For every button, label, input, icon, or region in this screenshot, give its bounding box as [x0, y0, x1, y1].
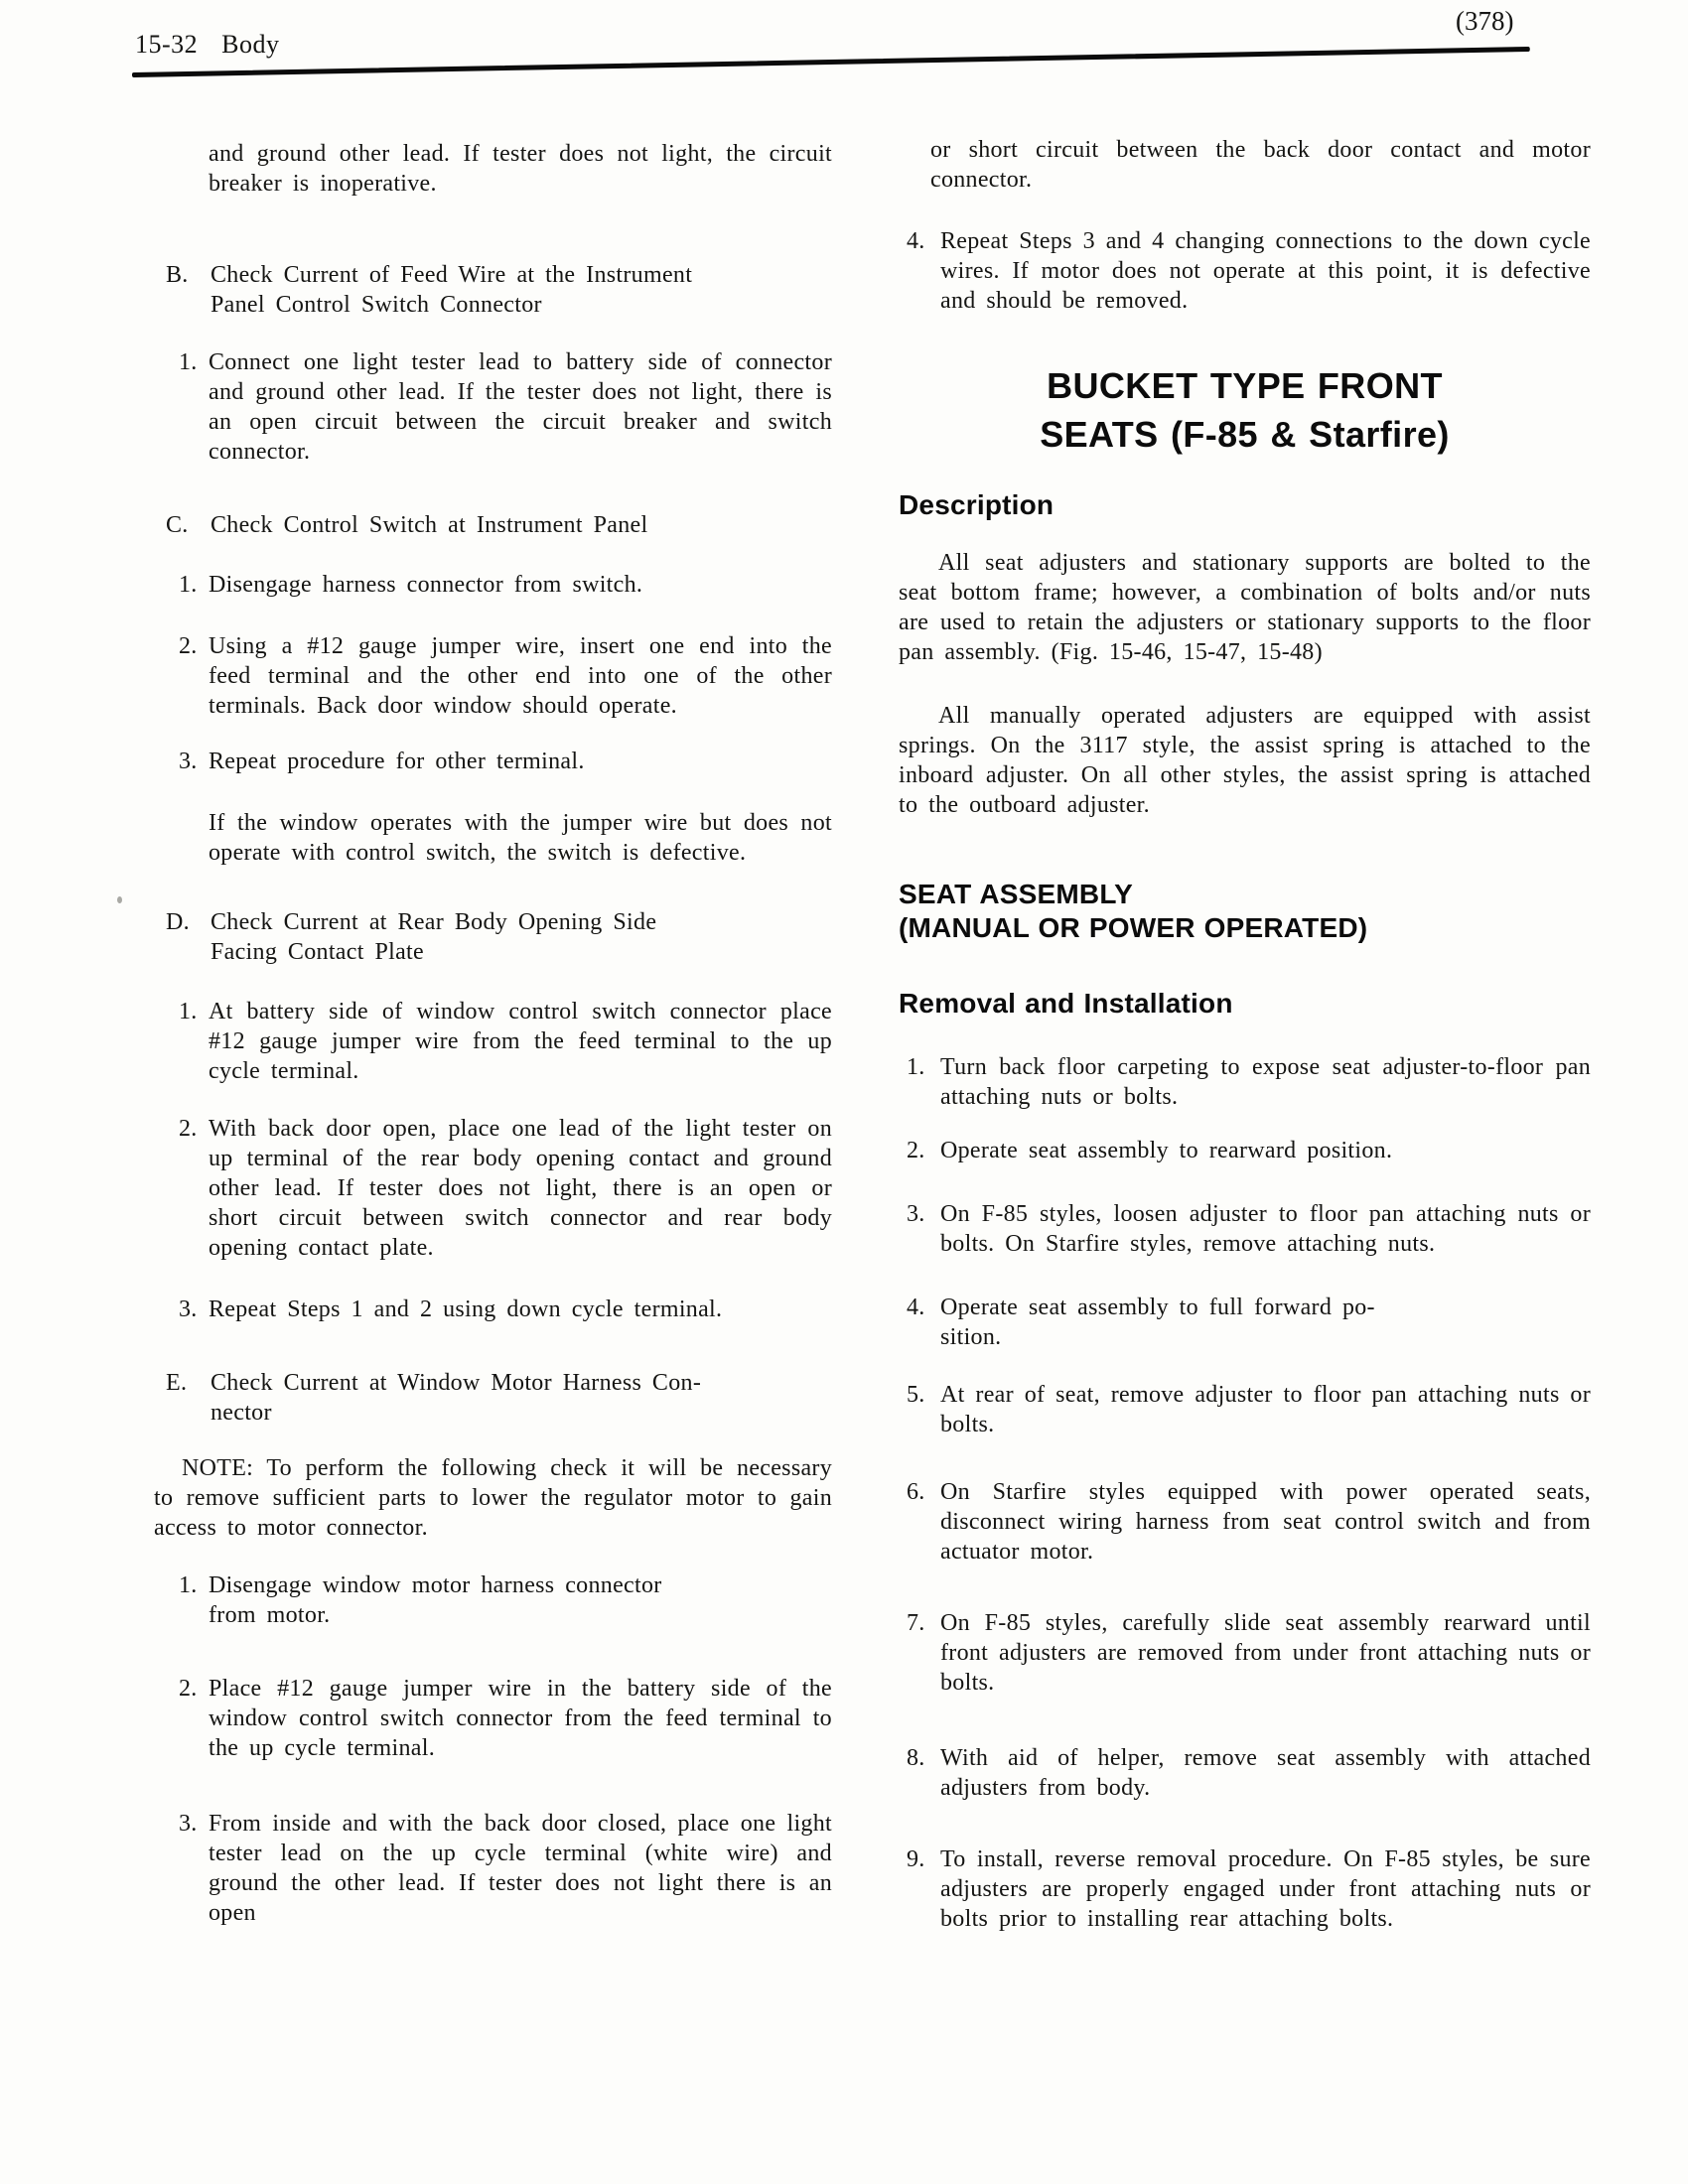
list-item-e1-text: Disengage window motor harness connector…: [209, 1570, 832, 1630]
list-item-c1-label: 1.: [179, 570, 209, 600]
list-item-c1-text: Disengage harness connector from switch.: [209, 570, 832, 600]
scan-artifact-dot: [117, 896, 122, 903]
list-item-c3-text: Repeat procedure for other terminal.: [209, 747, 832, 776]
step-9-text: To install, reverse removal procedure. O…: [940, 1844, 1591, 1934]
list-item-e3-text: From inside and with the back door close…: [209, 1809, 832, 1928]
list-item-d2: 2. With back door open, place one lead o…: [154, 1114, 832, 1263]
list-item-d2-text: With back door open, place one lead of t…: [209, 1114, 832, 1263]
page-number: (378): [1456, 6, 1513, 37]
list-item-e1-label: 1.: [179, 1570, 209, 1600]
list-item-e-text: Check Current at Window Motor Harness Co…: [211, 1368, 832, 1428]
step-5-text: At rear of seat, remove adjuster to floo…: [940, 1380, 1591, 1439]
step-5: 5. At rear of seat, remove adjuster to f…: [899, 1380, 1591, 1439]
list-item-c: C. Check Control Switch at Instrument Pa…: [154, 510, 832, 540]
step-4: 4. Operate seat assembly to full forward…: [899, 1293, 1591, 1352]
list-item-e2-label: 2.: [179, 1674, 209, 1704]
list-item-d-text: Check Current at Rear Body Opening Side …: [211, 907, 832, 967]
list-item-e1: 1. Disengage window motor harness connec…: [154, 1570, 832, 1630]
list-item-e2-text: Place #12 gauge jumper wire in the batte…: [209, 1674, 832, 1763]
step-6: 6. On Starfire styles equipped with powe…: [899, 1477, 1591, 1567]
list-item-c2-text: Using a #12 gauge jumper wire, insert on…: [209, 631, 832, 721]
step-7: 7. On F-85 styles, carefully slide seat …: [899, 1608, 1591, 1698]
header-title: Body: [221, 30, 279, 59]
step-9: 9. To install, reverse removal procedure…: [899, 1844, 1591, 1934]
right-column: or short circuit between the back door c…: [899, 135, 1591, 1934]
list-item-b1-label: 1.: [179, 347, 209, 377]
list-item-b1-text: Connect one light tester lead to battery…: [209, 347, 832, 467]
list-item-d-label: D.: [166, 907, 211, 937]
list-item-d2-label: 2.: [179, 1114, 209, 1144]
page-header: 15-32Body: [135, 30, 280, 60]
list-item-c2-label: 2.: [179, 631, 209, 661]
list-item-b-label: B.: [166, 260, 211, 290]
list-item-b1: 1. Connect one light tester lead to batt…: [154, 347, 832, 467]
step-8: 8. With aid of helper, remove seat assem…: [899, 1743, 1591, 1803]
description-heading: Description: [899, 488, 1591, 522]
list-item-d: D. Check Current at Rear Body Opening Si…: [154, 907, 832, 967]
section-heading-bucket-seats: BUCKET TYPE FRONT SEATS (F-85 & Starfire…: [899, 361, 1591, 459]
list-item-e2: 2. Place #12 gauge jumper wire in the ba…: [154, 1674, 832, 1763]
step-4-text: Operate seat assembly to full forward po…: [940, 1293, 1591, 1352]
step-7-label: 7.: [907, 1608, 940, 1638]
list-item-c-text: Check Control Switch at Instrument Panel: [211, 510, 832, 540]
list-item-d1-text: At battery side of window control switch…: [209, 997, 832, 1086]
left-column: and ground other lead. If tester does no…: [154, 139, 832, 1928]
list-item-4-label: 4.: [907, 226, 940, 256]
list-note-paragraph: If the window operates with the jumper w…: [209, 808, 832, 868]
note-paragraph: NOTE: To perform the following check it …: [154, 1453, 832, 1543]
description-paragraph-1: All seat adjusters and stationary suppor…: [899, 548, 1591, 667]
list-item-e: E. Check Current at Window Motor Harness…: [154, 1368, 832, 1428]
list-item-b: B. Check Current of Feed Wire at the Ins…: [154, 260, 832, 320]
step-2: 2. Operate seat assembly to rearward pos…: [899, 1136, 1591, 1165]
list-item-b-text: Check Current of Feed Wire at the Instru…: [211, 260, 832, 320]
list-item-c3: 3. Repeat procedure for other terminal.: [154, 747, 832, 776]
list-item-c2: 2. Using a #12 gauge jumper wire, insert…: [154, 631, 832, 721]
list-item-d1-label: 1.: [179, 997, 209, 1026]
list-item-e3: 3. From inside and with the back door cl…: [154, 1809, 832, 1928]
manual-page: 15-32Body (378) and ground other lead. I…: [0, 0, 1688, 2184]
list-item-4: 4. Repeat Steps 3 and 4 changing connect…: [899, 226, 1591, 316]
step-6-text: On Starfire styles equipped with power o…: [940, 1477, 1591, 1567]
list-item-c1: 1. Disengage harness connector from swit…: [154, 570, 832, 600]
list-item-4-text: Repeat Steps 3 and 4 changing connection…: [940, 226, 1591, 316]
step-3-label: 3.: [907, 1199, 940, 1229]
removal-installation-heading: Removal and Installation: [899, 987, 1591, 1021]
step-3: 3. On F-85 styles, loosen adjuster to fl…: [899, 1199, 1591, 1259]
step-7-text: On F-85 styles, carefully slide seat ass…: [940, 1608, 1591, 1698]
step-1-label: 1.: [907, 1052, 940, 1082]
description-paragraph-2: All manually operated adjusters are equi…: [899, 701, 1591, 820]
list-item-e-label: E.: [166, 1368, 211, 1398]
list-item-c-label: C.: [166, 510, 211, 540]
step-1-text: Turn back floor carpeting to expose seat…: [940, 1052, 1591, 1112]
step-5-label: 5.: [907, 1380, 940, 1410]
list-item-d3: 3. Repeat Steps 1 and 2 using down cycle…: [154, 1295, 832, 1324]
step-2-label: 2.: [907, 1136, 940, 1165]
list-item-d1: 1. At battery side of window control swi…: [154, 997, 832, 1086]
continued-paragraph: and ground other lead. If tester does no…: [209, 139, 832, 199]
step-9-label: 9.: [907, 1844, 940, 1874]
step-4-label: 4.: [907, 1293, 940, 1322]
seat-assembly-heading: SEAT ASSEMBLY (MANUAL OR POWER OPERATED): [899, 878, 1591, 945]
list-item-d3-text: Repeat Steps 1 and 2 using down cycle te…: [209, 1295, 832, 1324]
list-item-d3-label: 3.: [179, 1295, 209, 1324]
list-item-c3-label: 3.: [179, 747, 209, 776]
step-6-label: 6.: [907, 1477, 940, 1507]
header-divider-rule: [132, 47, 1530, 77]
step-1: 1. Turn back floor carpeting to expose s…: [899, 1052, 1591, 1112]
header-section-number: 15-32: [135, 30, 198, 59]
step-2-text: Operate seat assembly to rearward positi…: [940, 1136, 1591, 1165]
continued-paragraph-right: or short circuit between the back door c…: [930, 135, 1591, 195]
step-8-text: With aid of helper, remove seat assembly…: [940, 1743, 1591, 1803]
step-8-label: 8.: [907, 1743, 940, 1773]
list-item-e3-label: 3.: [179, 1809, 209, 1839]
step-3-text: On F-85 styles, loosen adjuster to floor…: [940, 1199, 1591, 1259]
